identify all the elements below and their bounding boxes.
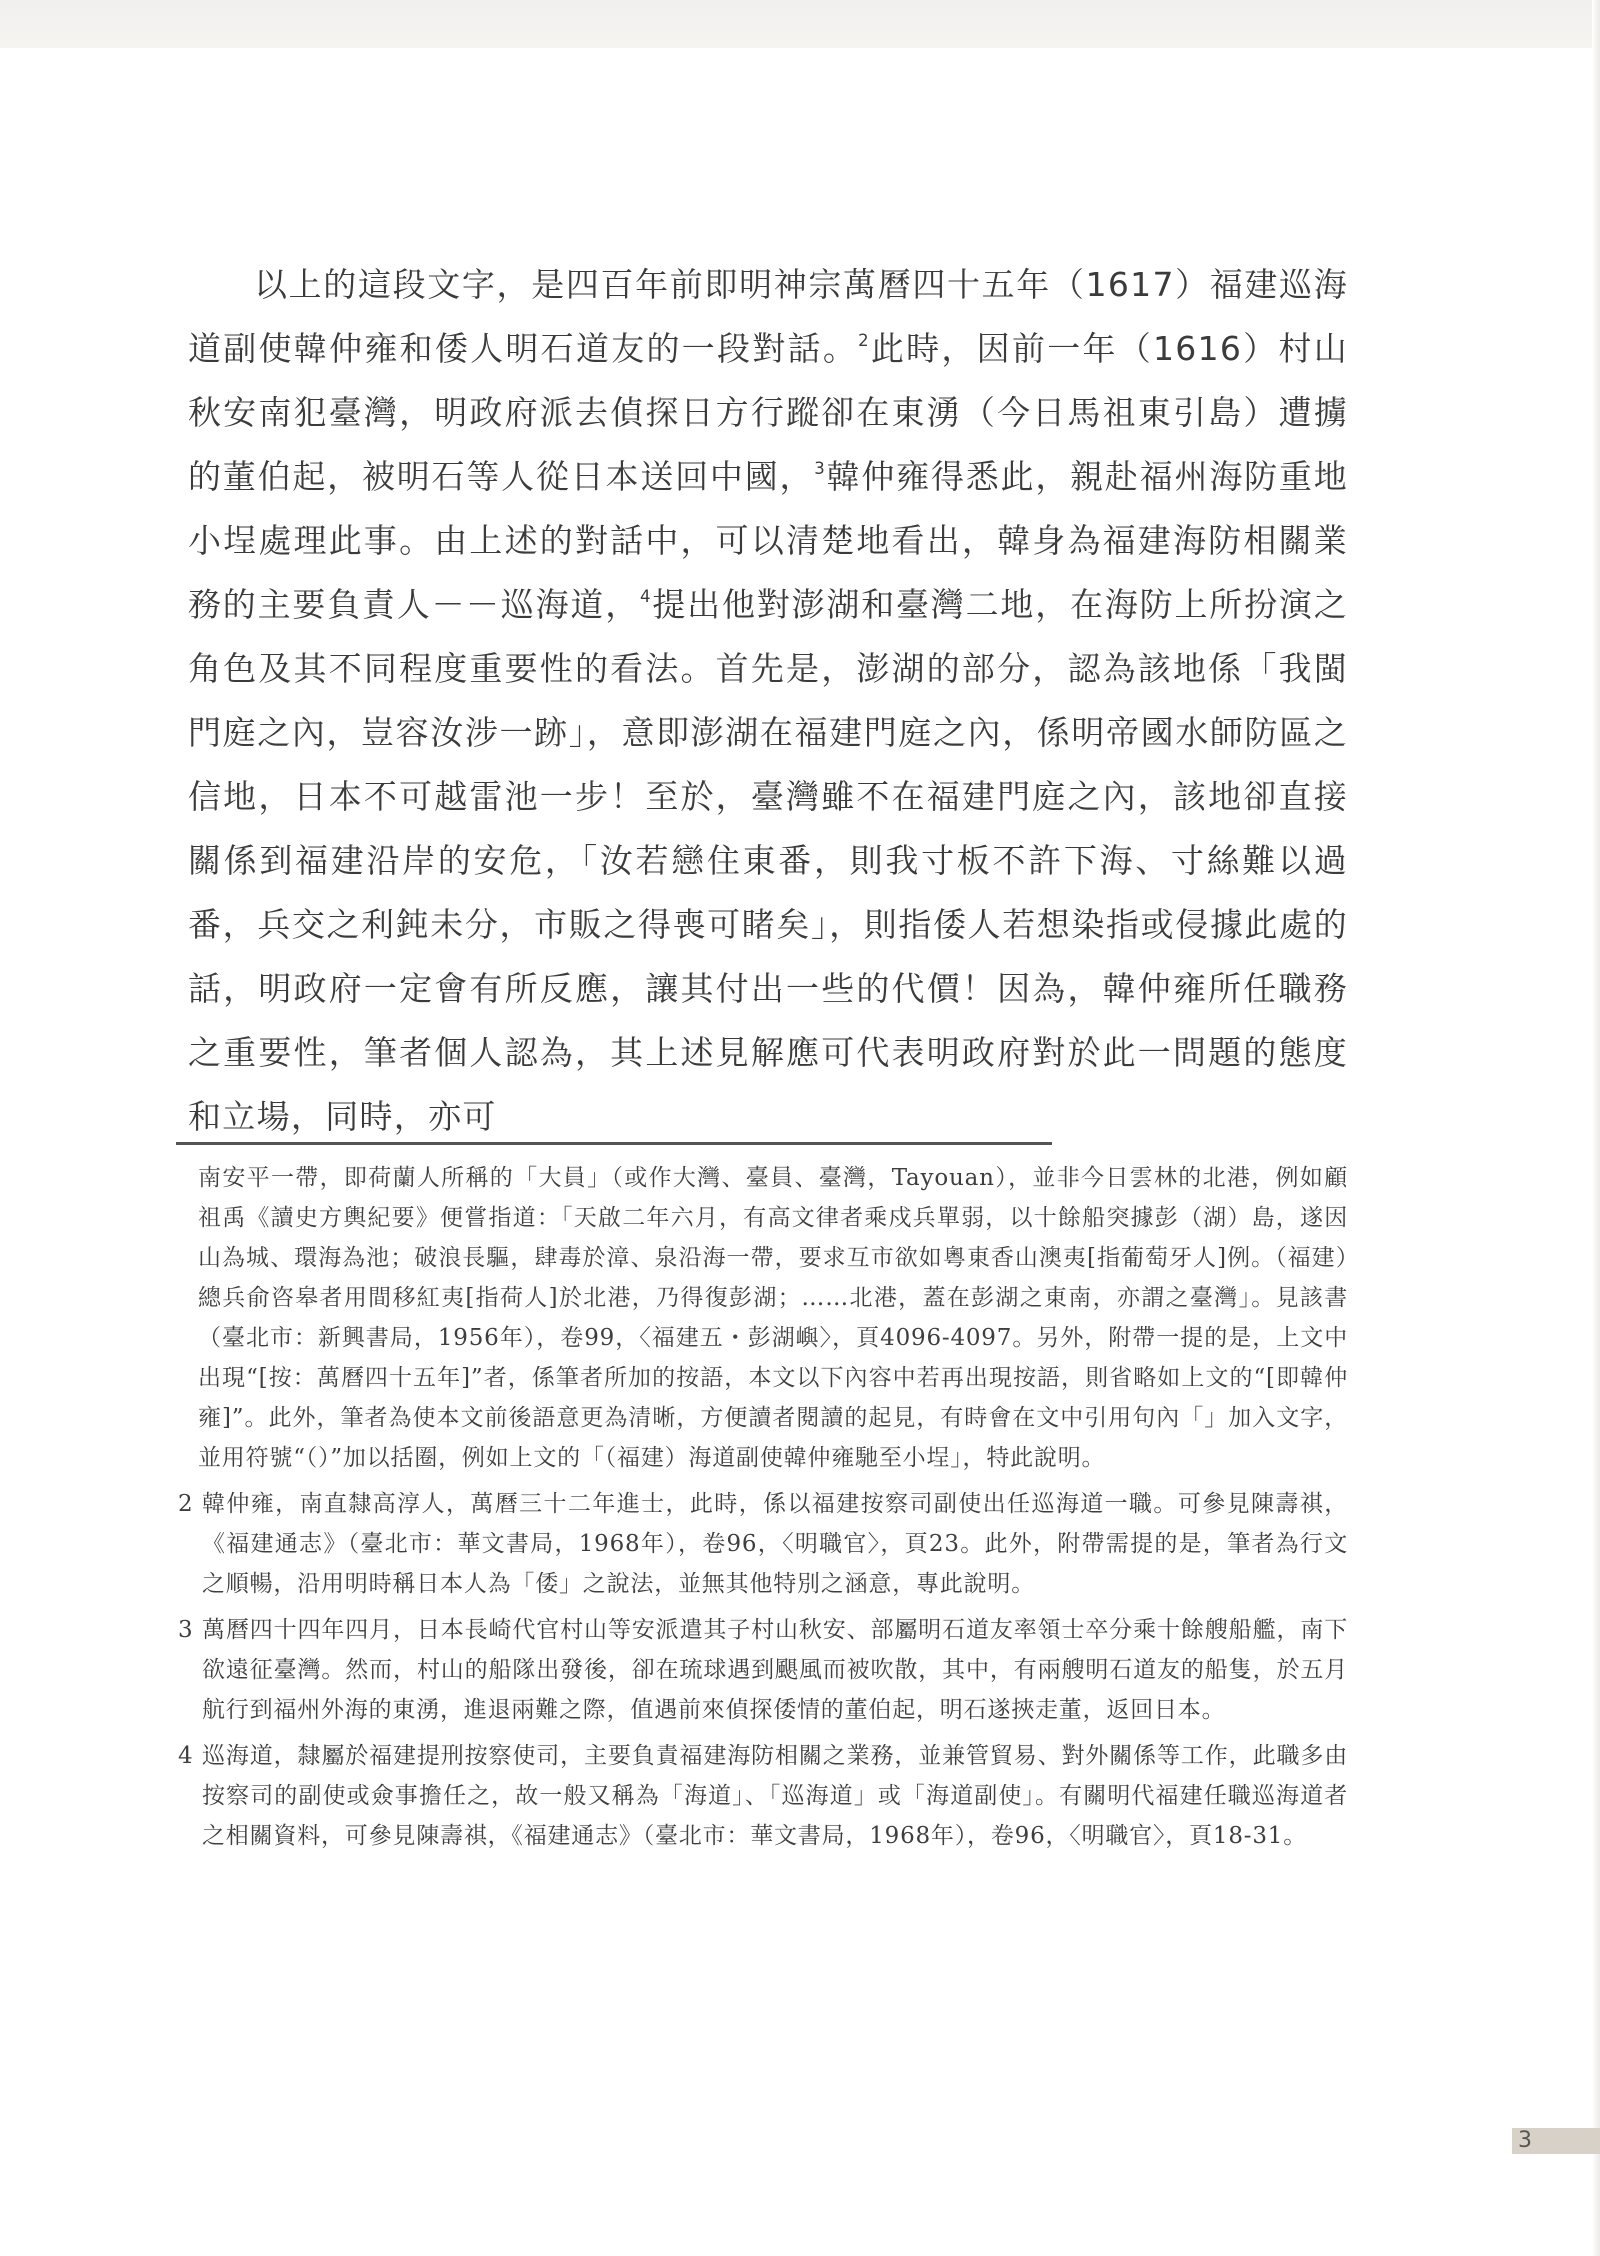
footnote-divider [176,1142,1052,1145]
footnote-text: 韓仲雍，南直隸高淳人，萬曆三十二年進士，此時，係以福建按察司副使出任巡海道一職。… [202,1491,1348,1597]
footnote-3: 3萬曆四十四年四月，日本長崎代官村山等安派遣其子村山秋安、部屬明石道友率領士卒分… [178,1610,1348,1730]
footnote-ref-4[interactable]: 4 [640,587,652,606]
footnote-text: 南安平一帶，即荷蘭人所稱的「大員」（或作大灣、臺員、臺灣，Tayouan），並非… [198,1165,1348,1471]
scan-right-edge [1592,0,1600,2256]
footnote-2: 2韓仲雍，南直隸高淳人，萬曆三十二年進士，此時，係以福建按察司副使出任巡海道一職… [178,1484,1348,1604]
footnote-ref-2[interactable]: 2 [858,331,870,350]
page-number: 3 [1512,2128,1600,2154]
footnotes: 南安平一帶，即荷蘭人所稱的「大員」（或作大灣、臺員、臺灣，Tayouan），並非… [178,1158,1348,1856]
footnote-ref-3[interactable]: 3 [814,459,826,478]
footnote-text: 萬曆四十四年四月，日本長崎代官村山等安派遣其子村山秋安、部屬明石道友率領士卒分乘… [202,1617,1348,1723]
body-text: 以上的這段文字，是四百年前即明神宗萬曆四十五年（1617）福建巡海道副使韓仲雍和… [188,253,1348,1149]
footnote-number: 4 [178,1736,193,1776]
footnote-number: 2 [178,1484,193,1524]
footnote-text: 巡海道，隸屬於福建提刑按察使司，主要負責福建海防相關之業務，並兼管貿易、對外關係… [202,1743,1348,1849]
body-text-segment: 提出他對澎湖和臺灣二地，在海防上所扮演之角色及其不同程度重要性的看法。首先是，澎… [188,585,1348,1136]
body-paragraph: 以上的這段文字，是四百年前即明神宗萬曆四十五年（1617）福建巡海道副使韓仲雍和… [188,253,1348,1149]
footnote-4: 4巡海道，隸屬於福建提刑按察使司，主要負責福建海防相關之業務，並兼管貿易、對外關… [178,1736,1348,1856]
scan-top-band [0,0,1600,48]
footnote-number: 3 [178,1610,193,1650]
footnote-continued: 南安平一帶，即荷蘭人所稱的「大員」（或作大灣、臺員、臺灣，Tayouan），並非… [178,1158,1348,1478]
